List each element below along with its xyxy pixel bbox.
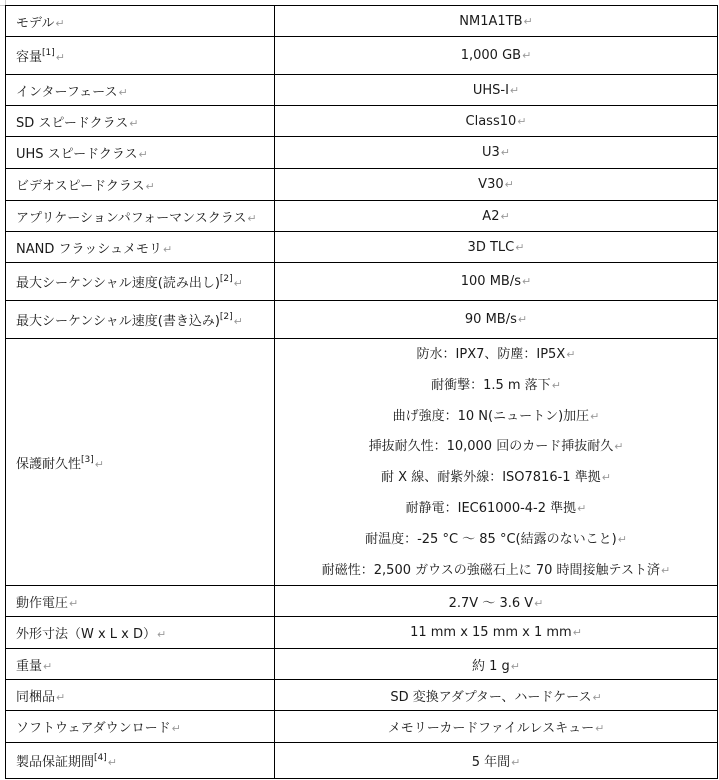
spec-value-text: 曲げ強度：10 N(ニュートン)加圧 — [393, 409, 590, 424]
paragraph-mark-icon: ↵ — [511, 660, 520, 673]
footnote-ref: [1] — [42, 48, 55, 58]
paragraph-mark-icon: ↵ — [157, 628, 166, 641]
spec-label: 重量 — [16, 659, 42, 674]
spec-label: ビデオスピードクラス — [16, 179, 144, 194]
table-row: モデル↵NM1A1TB↵ — [6, 6, 718, 37]
spec-table: モデル↵NM1A1TB↵容量[1]↵1,000 GB↵インターフェース↵UHS-… — [5, 5, 718, 779]
spec-label: 同梱品 — [16, 690, 55, 705]
spec-value: 3D TLC↵ — [468, 240, 525, 255]
spec-value: 防水：IPX7、防塵：IP5X↵ — [275, 339, 717, 370]
paragraph-mark-icon: ↵ — [602, 471, 611, 484]
spec-value: 約 1 g↵ — [472, 659, 520, 674]
paragraph-mark-icon: ↵ — [505, 178, 514, 191]
table-row: 重量↵約 1 g↵ — [6, 649, 718, 680]
spec-value-text: 耐磁性：2,500 ガウスの強磁石上に 70 時間接触テスト済 — [322, 563, 660, 578]
paragraph-mark-icon: ↵ — [500, 210, 509, 223]
spec-value: 90 MB/s↵ — [465, 312, 527, 327]
paragraph-mark-icon: ↵ — [172, 722, 181, 735]
footnote-ref: [2] — [220, 312, 233, 322]
paragraph-mark-icon: ↵ — [69, 597, 78, 610]
spec-value: 耐 X 線、耐紫外線：ISO7816-1 準拠↵ — [275, 462, 717, 493]
spec-value: NM1A1TB↵ — [459, 14, 532, 29]
spec-value-text: 90 MB/s — [465, 312, 517, 327]
spec-value: メモリーカードファイルレスキュー↵ — [388, 721, 605, 736]
spec-value-text: NM1A1TB — [459, 14, 522, 29]
spec-value: 5 年間↵ — [472, 755, 521, 770]
spec-label-cell: 製品保証期間[4]↵ — [6, 743, 275, 779]
footnote-ref: [3] — [81, 455, 94, 465]
table-row: NAND フラッシュメモリ↵3D TLC↵ — [6, 232, 718, 263]
spec-value-cell: UHS-I↵ — [275, 75, 718, 106]
spec-label-cell: NAND フラッシュメモリ↵ — [6, 232, 275, 263]
table-row: SD スピードクラス↵Class10↵ — [6, 106, 718, 137]
spec-value: 耐温度：-25 °C ～ 85 °C(結露のないこと)↵ — [275, 524, 717, 555]
spec-value: SD 変換アダプター、ハードケース↵ — [390, 690, 601, 705]
spec-value-cell: 90 MB/s↵ — [275, 301, 718, 339]
spec-value-text: 耐 X 線、耐紫外線：ISO7816-1 準拠 — [381, 470, 601, 485]
spec-value-cell: SD 変換アダプター、ハードケース↵ — [275, 680, 718, 711]
spec-label-cell: 動作電圧↵ — [6, 586, 275, 617]
spec-value-text: 約 1 g — [472, 659, 510, 674]
spec-label: 外形寸法（W x L x D） — [16, 627, 156, 642]
spec-label-cell: 重量↵ — [6, 649, 275, 680]
spec-value: 挿抜耐久性：10,000 回のカード挿抜耐久↵ — [275, 431, 717, 462]
spec-label-cell: 最大シーケンシャル速度(書き込み)[2]↵ — [6, 301, 275, 339]
paragraph-mark-icon: ↵ — [618, 533, 627, 546]
spec-value: 2.7V ～ 3.6 V↵ — [449, 596, 544, 611]
spec-value-text: 防水：IPX7、防塵：IP5X — [417, 347, 566, 362]
spec-value-cell: A2↵ — [275, 201, 718, 232]
spec-value: Class10↵ — [466, 114, 527, 129]
paragraph-mark-icon: ↵ — [566, 348, 575, 361]
spec-value-text: Class10 — [466, 114, 517, 129]
spec-value-cell: 3D TLC↵ — [275, 232, 718, 263]
spec-label-cell: 外形寸法（W x L x D）↵ — [6, 617, 275, 649]
spec-value-cell: 防水：IPX7、防塵：IP5X↵耐衝撃：1.5 m 落下↵曲げ強度：10 N(ニ… — [275, 339, 718, 586]
spec-value-text: 5 年間 — [472, 755, 510, 770]
paragraph-mark-icon: ↵ — [129, 117, 138, 130]
spec-value: 11 mm x 15 mm x 1 mm↵ — [410, 625, 582, 640]
spec-value-text: 1,000 GB — [461, 48, 521, 63]
paragraph-mark-icon: ↵ — [43, 660, 52, 673]
footnote-ref: [4] — [94, 753, 107, 763]
spec-label-cell: 容量[1]↵ — [6, 37, 275, 75]
table-row: 最大シーケンシャル速度(書き込み)[2]↵90 MB/s↵ — [6, 301, 718, 339]
spec-value-text: 耐温度：-25 °C ～ 85 °C(結露のないこと) — [365, 532, 617, 547]
spec-value-text: U3 — [482, 145, 500, 160]
spec-value-text: 耐衝撃：1.5 m 落下 — [431, 378, 551, 393]
table-row: 保護耐久性[3]↵防水：IPX7、防塵：IP5X↵耐衝撃：1.5 m 落下↵曲げ… — [6, 339, 718, 586]
spec-label-cell: 最大シーケンシャル速度(読み出し)[2]↵ — [6, 263, 275, 301]
spec-value-text: 耐静電：IEC61000-4-2 準拠 — [406, 501, 577, 516]
spec-value: 耐静電：IEC61000-4-2 準拠↵ — [275, 493, 717, 524]
spec-value: 100 MB/s↵ — [461, 274, 531, 289]
spec-value-text: 11 mm x 15 mm x 1 mm — [410, 625, 572, 640]
spec-label-cell: 保護耐久性[3]↵ — [6, 339, 275, 586]
paragraph-mark-icon: ↵ — [592, 691, 601, 704]
spec-value-text: 挿抜耐久性：10,000 回のカード挿抜耐久 — [369, 439, 614, 454]
spec-label: モデル — [16, 16, 54, 31]
spec-value-text: 100 MB/s — [461, 274, 521, 289]
spec-value-text: A2 — [482, 209, 499, 224]
table-row: UHS スピードクラス↵U3↵ — [6, 137, 718, 169]
table-row: 最大シーケンシャル速度(読み出し)[2]↵100 MB/s↵ — [6, 263, 718, 301]
table-row: 製品保証期間[4]↵5 年間↵ — [6, 743, 718, 779]
spec-label: 最大シーケンシャル速度(書き込み) — [16, 314, 220, 329]
paragraph-mark-icon: ↵ — [163, 243, 172, 256]
paragraph-mark-icon: ↵ — [139, 148, 148, 161]
spec-value: V30↵ — [478, 177, 514, 192]
paragraph-mark-icon: ↵ — [234, 315, 243, 328]
paragraph-mark-icon: ↵ — [515, 241, 524, 254]
paragraph-mark-icon: ↵ — [522, 49, 531, 62]
paragraph-mark-icon: ↵ — [511, 756, 520, 769]
table-row: ビデオスピードクラス↵V30↵ — [6, 169, 718, 201]
table-row: アプリケーションパフォーマンスクラス↵A2↵ — [6, 201, 718, 232]
paragraph-mark-icon: ↵ — [661, 564, 670, 577]
spec-label: 動作電圧 — [16, 596, 68, 611]
paragraph-mark-icon: ↵ — [595, 722, 604, 735]
spec-label: SD スピードクラス — [16, 116, 128, 131]
spec-value: U3↵ — [482, 145, 510, 160]
paragraph-mark-icon: ↵ — [510, 84, 519, 97]
table-row: 動作電圧↵2.7V ～ 3.6 V↵ — [6, 586, 718, 617]
paragraph-mark-icon: ↵ — [517, 115, 526, 128]
spec-value-text: SD 変換アダプター、ハードケース — [390, 690, 591, 705]
spec-table-body: モデル↵NM1A1TB↵容量[1]↵1,000 GB↵インターフェース↵UHS-… — [6, 6, 718, 779]
spec-label: 容量 — [16, 50, 42, 65]
paragraph-mark-icon: ↵ — [108, 756, 117, 769]
paragraph-mark-icon: ↵ — [552, 379, 561, 392]
spec-label-cell: SD スピードクラス↵ — [6, 106, 275, 137]
spec-label-cell: 同梱品↵ — [6, 680, 275, 711]
paragraph-mark-icon: ↵ — [577, 502, 586, 515]
spec-value-text: V30 — [478, 177, 503, 192]
paragraph-mark-icon: ↵ — [95, 458, 104, 471]
spec-value-cell: メモリーカードファイルレスキュー↵ — [275, 711, 718, 743]
paragraph-mark-icon: ↵ — [590, 410, 599, 423]
spec-value-text: 2.7V ～ 3.6 V — [449, 596, 534, 611]
paragraph-mark-icon: ↵ — [614, 440, 623, 453]
table-row: 容量[1]↵1,000 GB↵ — [6, 37, 718, 75]
spec-value-cell: 約 1 g↵ — [275, 649, 718, 680]
spec-label: UHS スピードクラス — [16, 147, 138, 162]
spec-value-cell: NM1A1TB↵ — [275, 6, 718, 37]
spec-value: UHS-I↵ — [473, 83, 519, 98]
paragraph-mark-icon: ↵ — [56, 691, 65, 704]
spec-value-cell: U3↵ — [275, 137, 718, 169]
spec-value-cell: 2.7V ～ 3.6 V↵ — [275, 586, 718, 617]
spec-value: A2↵ — [482, 209, 509, 224]
spec-label: 最大シーケンシャル速度(読み出し) — [16, 276, 220, 291]
paragraph-mark-icon: ↵ — [55, 17, 64, 30]
spec-value-text: メモリーカードファイルレスキュー — [388, 721, 594, 736]
paragraph-mark-icon: ↵ — [524, 15, 533, 28]
spec-value-cell: 11 mm x 15 mm x 1 mm↵ — [275, 617, 718, 649]
spec-value: 曲げ強度：10 N(ニュートン)加圧↵ — [275, 401, 717, 432]
spec-label-cell: モデル↵ — [6, 6, 275, 37]
spec-value-cell: V30↵ — [275, 169, 718, 201]
paragraph-mark-icon: ↵ — [247, 212, 256, 225]
spec-value-cell: 1,000 GB↵ — [275, 37, 718, 75]
paragraph-mark-icon: ↵ — [501, 146, 510, 159]
spec-label: 保護耐久性 — [16, 457, 81, 472]
spec-value: 耐衝撃：1.5 m 落下↵ — [275, 370, 717, 401]
paragraph-mark-icon: ↵ — [518, 313, 527, 326]
spec-label: アプリケーションパフォーマンスクラス — [16, 211, 246, 226]
paragraph-mark-icon: ↵ — [522, 275, 531, 288]
spec-label: インターフェース — [16, 85, 118, 100]
spec-label-cell: UHS スピードクラス↵ — [6, 137, 275, 169]
paragraph-mark-icon: ↵ — [119, 86, 128, 99]
paragraph-mark-icon: ↵ — [145, 180, 154, 193]
table-row: ソフトウェアダウンロード↵メモリーカードファイルレスキュー↵ — [6, 711, 718, 743]
paragraph-mark-icon: ↵ — [573, 626, 582, 639]
spec-label: 製品保証期間 — [16, 755, 94, 770]
spec-label: ソフトウェアダウンロード — [16, 721, 171, 736]
spec-value-cell: 100 MB/s↵ — [275, 263, 718, 301]
paragraph-mark-icon: ↵ — [56, 51, 65, 64]
table-row: 外形寸法（W x L x D）↵11 mm x 15 mm x 1 mm↵ — [6, 617, 718, 649]
spec-label-cell: ビデオスピードクラス↵ — [6, 169, 275, 201]
spec-value-text: UHS-I — [473, 83, 509, 98]
table-row: インターフェース↵UHS-I↵ — [6, 75, 718, 106]
spec-value-cell: 5 年間↵ — [275, 743, 718, 779]
spec-label-cell: アプリケーションパフォーマンスクラス↵ — [6, 201, 275, 232]
paragraph-mark-icon: ↵ — [534, 597, 543, 610]
footnote-ref: [2] — [220, 274, 233, 284]
spec-label-cell: インターフェース↵ — [6, 75, 275, 106]
spec-label: NAND フラッシュメモリ — [16, 242, 162, 257]
spec-value: 1,000 GB↵ — [461, 48, 532, 63]
paragraph-mark-icon: ↵ — [234, 277, 243, 290]
spec-value: 耐磁性：2,500 ガウスの強磁石上に 70 時間接触テスト済↵ — [275, 555, 717, 586]
spec-value-text: 3D TLC — [468, 240, 515, 255]
table-row: 同梱品↵SD 変換アダプター、ハードケース↵ — [6, 680, 718, 711]
spec-label-cell: ソフトウェアダウンロード↵ — [6, 711, 275, 743]
spec-value-cell: Class10↵ — [275, 106, 718, 137]
